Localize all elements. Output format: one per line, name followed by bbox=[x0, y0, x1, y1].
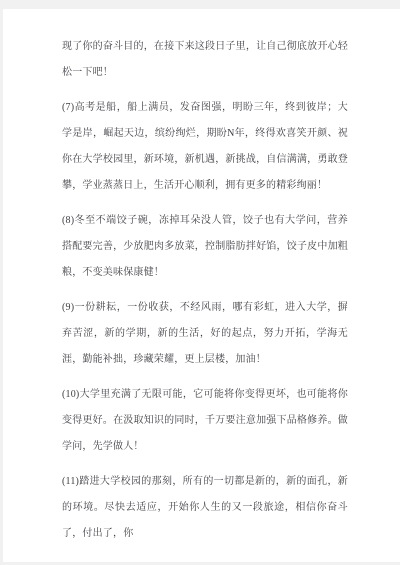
paragraph-item-7: (7)高考是船，船上满员，发奋图强，明盼三年，终到彼岸；大学是岸，崛起天边，缤纷… bbox=[62, 95, 348, 199]
paragraph-item-9: (9)一份耕耘，一份收获，不经风雨，哪有彩虹，进入大学，摒弃苦涩，新的学期，新的… bbox=[62, 295, 348, 373]
paragraph-continuation: 现了你的奋斗目的，在接下来这段日子里，让自己彻底放开心轻松一下吧！ bbox=[62, 34, 348, 86]
screenshot-root: { "page": { "background_color": "#f1f1f2… bbox=[0, 0, 400, 565]
document-content: 现了你的奋斗目的，在接下来这段日子里，让自己彻底放开心轻松一下吧！ (7)高考是… bbox=[3, 9, 400, 547]
paragraph-item-8: (8)冬至不端饺子碗，冻掉耳朵没人管，饺子也有大学问，营养搭配要完善，少放肥肉多… bbox=[62, 208, 348, 286]
document-page: 现了你的奋斗目的，在接下来这段日子里，让自己彻底放开心轻松一下吧！ (7)高考是… bbox=[3, 9, 400, 562]
paragraph-item-11: (11)踏进大学校园的那刻，所有的一切都是新的，新的面孔，新的环境。尽快去适应，… bbox=[62, 469, 348, 547]
paragraph-item-10: (10)大学里充满了无限可能，它可能将你变得更坏，也可能将你变得更好。在汲取知识… bbox=[62, 382, 348, 460]
